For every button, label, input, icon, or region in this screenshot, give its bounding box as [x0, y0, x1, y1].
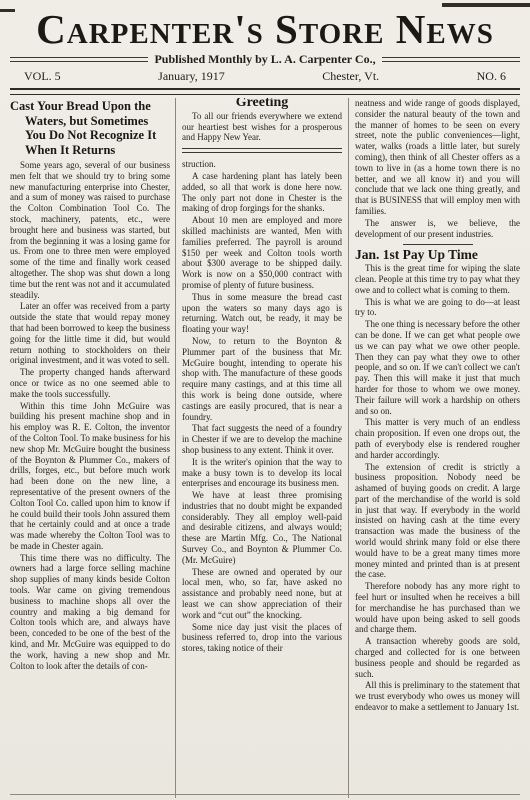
- page-bottom-rule: [10, 794, 520, 795]
- article-headline-cast-your-bread: Cast Your Bread Upon the Waters, but Som…: [10, 99, 170, 157]
- paragraph: The one thing is necessary before the ot…: [355, 319, 520, 416]
- column-left: Cast Your Bread Upon the Waters, but Som…: [10, 98, 176, 798]
- column-right: neatness and wide range of goods display…: [349, 98, 520, 798]
- paragraph: The answer is, we believe, the developme…: [355, 218, 520, 240]
- masthead: Carpenter's Store News Published Monthly…: [10, 7, 520, 95]
- paragraph: This matter is very much of an endless c…: [355, 417, 520, 460]
- paragraph: All this is preliminary to the statement…: [355, 680, 520, 712]
- paragraph-continuation: struction.: [182, 159, 342, 170]
- paragraph: The property changed hands afterward onc…: [10, 367, 170, 399]
- section-divider-short: [403, 244, 473, 245]
- header-rule: [10, 88, 520, 95]
- paragraph: Now, to return to the Boynton & Plummer …: [182, 336, 342, 422]
- paragraph: It is the writer's opinion that the way …: [182, 457, 342, 489]
- paragraph: That fact suggests the need of a foundry…: [182, 423, 342, 455]
- date-label: January, 1917: [158, 69, 225, 84]
- paragraph: Within this time John McGuire was buildi…: [10, 401, 170, 552]
- published-line: Published Monthly by L. A. Carpenter Co.…: [154, 52, 375, 67]
- article-headline-greeting: Greeting: [182, 98, 342, 109]
- paragraph: Therefore nobody has any more right to f…: [355, 581, 520, 635]
- section-divider: [182, 148, 342, 153]
- paragraph: We have at least three promising industr…: [182, 490, 342, 566]
- column-middle: Greeting To all our friends everywhere w…: [176, 98, 349, 798]
- published-rule-left: [10, 57, 148, 62]
- paragraph: Some years ago, several of our business …: [10, 160, 170, 300]
- published-line-row: Published Monthly by L. A. Carpenter Co.…: [10, 52, 520, 67]
- body-columns: Cast Your Bread Upon the Waters, but Som…: [10, 98, 520, 798]
- place-label: Chester, Vt.: [322, 69, 379, 84]
- paragraph: These are owned and operated by our loca…: [182, 567, 342, 621]
- dateline: VOL. 5 January, 1917 Chester, Vt. NO. 6: [10, 67, 520, 87]
- paragraph-continuation: neatness and wide range of goods display…: [355, 98, 520, 217]
- paragraph: This time there was no difficulty. The o…: [10, 553, 170, 672]
- paragraph: This is what we are going to do—at least…: [355, 297, 520, 319]
- paragraph: A transaction whereby goods are sold, ch…: [355, 636, 520, 679]
- paragraph: The extension of credit is strictly a bu…: [355, 462, 520, 581]
- paragraph: Later an offer was received from a party…: [10, 301, 170, 366]
- paragraph: A case hardening plant has lately been a…: [182, 171, 342, 214]
- volume-label: VOL. 5: [24, 69, 61, 84]
- paragraph: Thus in some measure the bread cast upon…: [182, 292, 342, 335]
- paragraph: This is the great time for wiping the sl…: [355, 263, 520, 295]
- paragraph: Some nice day just visit the places of b…: [182, 622, 342, 654]
- paragraph: To all our friends everywhere we extend …: [182, 111, 342, 143]
- published-rule-right: [382, 57, 520, 62]
- paragraph: About 10 men are employed and more skill…: [182, 215, 342, 291]
- issue-number-label: NO. 6: [477, 69, 506, 84]
- newspaper-title: Carpenter's Store News: [10, 7, 520, 51]
- newspaper-page: Carpenter's Store News Published Monthly…: [0, 0, 530, 800]
- article-headline-pay-up-time: Jan. 1st Pay Up Time: [355, 250, 520, 261]
- scan-artifact-top-right: [442, 3, 530, 7]
- scan-artifact-top-left: [0, 9, 15, 12]
